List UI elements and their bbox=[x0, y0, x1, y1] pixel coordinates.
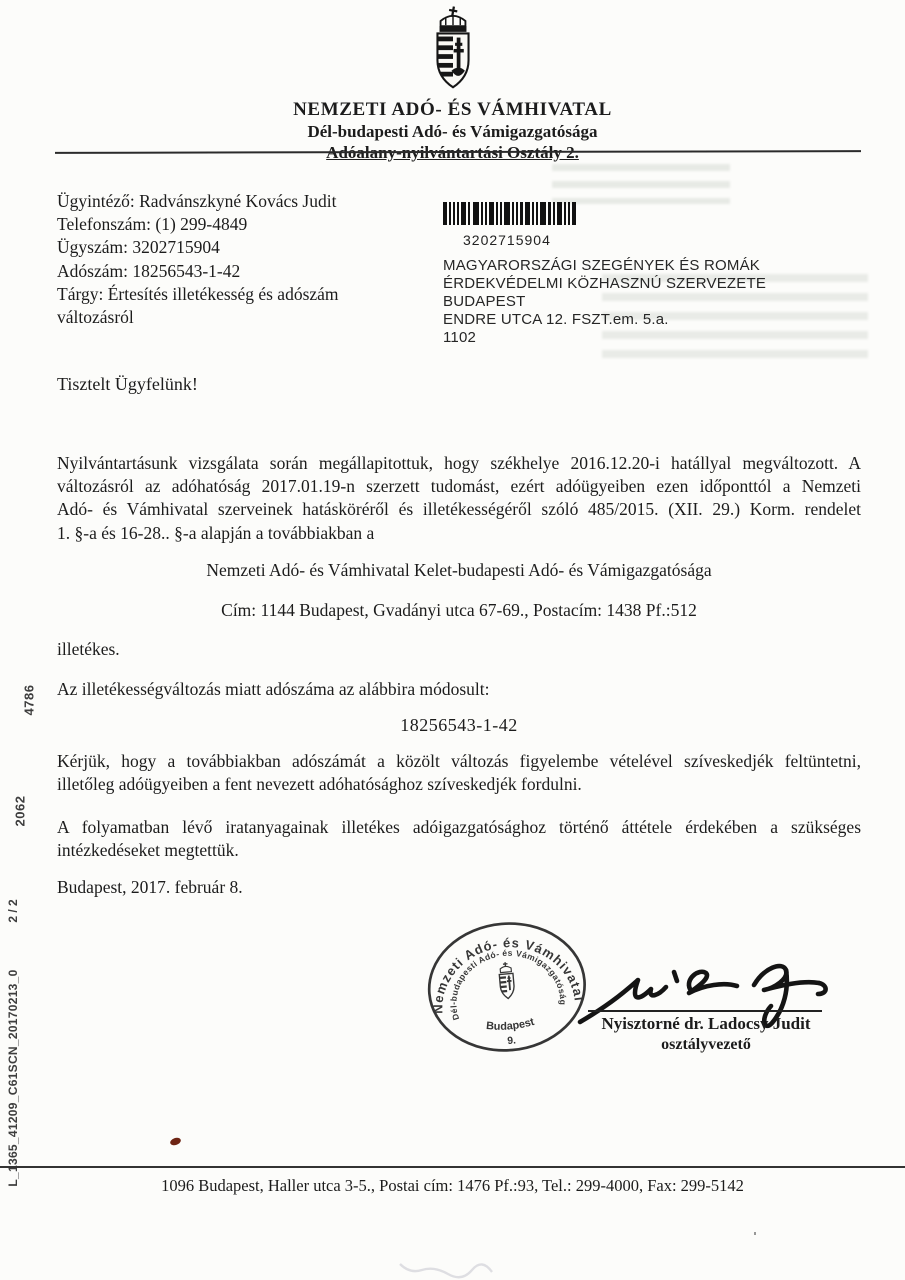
case-officer: Ügyintéző: Radvánszkyné Kovács Judit bbox=[57, 190, 339, 213]
recipient-name-line2: ÉRDEKVÉDELMI KÖZHASZNÚ SZERVEZETE bbox=[443, 275, 766, 293]
stamp-coat-of-arms-icon bbox=[498, 962, 515, 1000]
svg-text:Budapest: Budapest bbox=[485, 1016, 537, 1035]
bleed-through-squiggle bbox=[398, 1256, 514, 1280]
case-info-block: Ügyintéző: Radvánszkyné Kovács Judit Tel… bbox=[57, 190, 339, 329]
recipient-address: MAGYARORSZÁGI SZEGÉNYEK ÉS ROMÁK ÉRDEKVÉ… bbox=[443, 257, 766, 347]
margin-mark-4786: 4786 bbox=[22, 685, 37, 716]
paragraph-1-line: Adó- és Vámhivatal szerveinek hatáskörér… bbox=[57, 498, 861, 521]
margin-page-indicator: 2 / 2 bbox=[6, 899, 20, 922]
paragraph-4-line: Kérjük, hogy a továbbiakban adószámát a … bbox=[57, 750, 861, 773]
new-office-address: Cím: 1144 Budapest, Gvadányi utca 67-69.… bbox=[57, 600, 861, 621]
paragraph-1-line: változásról az adóhatóság 2017.01.19-n s… bbox=[57, 475, 861, 498]
case-subject-cont: változásról bbox=[57, 306, 339, 329]
paragraph-5: A folyamatban lévő iratanyagainak illeté… bbox=[57, 816, 861, 862]
recipient-name-line1: MAGYARORSZÁGI SZEGÉNYEK ÉS ROMÁK bbox=[443, 257, 766, 275]
paragraph-1-line: 1. §-a és 16-28.. §-a alapján a továbbia… bbox=[57, 522, 861, 545]
org-name: NEMZETI ADÓ- ÉS VÁMHIVATAL bbox=[0, 99, 905, 121]
signer-title: osztályvezető bbox=[566, 1036, 846, 1054]
scanned-letter-page: NEMZETI ADÓ- ÉS VÁMHIVATAL Dél-budapesti… bbox=[0, 0, 905, 1280]
salutation: Tisztelt Ügyfelünk! bbox=[57, 374, 198, 395]
recipient-zip: 1102 bbox=[443, 329, 766, 347]
footer-contact: 1096 Budapest, Haller utca 3-5., Postai … bbox=[0, 1176, 905, 1196]
signature-line bbox=[588, 1010, 822, 1012]
case-phone: Telefonszám: (1) 299-4849 bbox=[57, 213, 339, 236]
case-number: Ügyszám: 3202715904 bbox=[57, 236, 339, 259]
footer-rule bbox=[0, 1166, 905, 1168]
change-notice: Az illetékességváltozás miatt adószáma a… bbox=[57, 678, 861, 701]
new-office-name: Nemzeti Adó- és Vámhivatal Kelet-budapes… bbox=[57, 560, 861, 581]
paragraph-1-line: Nyilvántartásunk vizsgálata során megáll… bbox=[57, 452, 861, 475]
case-tax-number: Adószám: 18256543-1-42 bbox=[57, 260, 339, 283]
dateline: Budapest, 2017. február 8. bbox=[57, 876, 861, 899]
hungarian-coat-of-arms-icon bbox=[424, 6, 482, 94]
signer-name: Nyisztorné dr. Ladocsy Judit bbox=[566, 1014, 846, 1034]
directorate-name: Dél-budapesti Adó- és Vámigazgatósága bbox=[0, 122, 905, 142]
barcode-block: 3202715904 bbox=[443, 202, 576, 248]
paragraph-5-line: intézkedéseket megtettük. bbox=[57, 839, 861, 862]
paragraph-5-line: A folyamatban lévő iratanyagainak illeté… bbox=[57, 816, 861, 839]
case-subject: Tárgy: Értesítés illetékesség és adószám bbox=[57, 283, 339, 306]
margin-mark-2062: 2062 bbox=[13, 796, 28, 827]
stamp-city-text: Budapest bbox=[485, 1016, 537, 1035]
ink-speck bbox=[169, 1136, 182, 1146]
barcode-icon bbox=[443, 202, 576, 225]
recipient-city: BUDAPEST bbox=[443, 293, 766, 311]
barcode-number: 3202715904 bbox=[463, 232, 576, 248]
margin-scan-id: L_1365_41209_C61SCN_20170213_0 bbox=[6, 969, 20, 1186]
paragraph-1: Nyilvántartásunk vizsgálata során megáll… bbox=[57, 452, 861, 545]
recipient-street: ENDRE UTCA 12. FSZT.em. 5.a. bbox=[443, 311, 766, 329]
stamp-district-text: 9. bbox=[507, 1035, 517, 1047]
paragraph-4: Kérjük, hogy a továbbiakban adószámát a … bbox=[57, 750, 861, 796]
dust-speck bbox=[754, 1232, 756, 1235]
bleed-through-ghost bbox=[552, 164, 730, 204]
competence-line: illetékes. bbox=[57, 638, 861, 661]
paragraph-4-line: illetőleg adóügyeiben a fent nevezett ad… bbox=[57, 773, 861, 796]
new-tax-number: 18256543-1-42 bbox=[57, 715, 861, 736]
letterhead: NEMZETI ADÓ- ÉS VÁMHIVATAL Dél-budapesti… bbox=[0, 6, 905, 163]
